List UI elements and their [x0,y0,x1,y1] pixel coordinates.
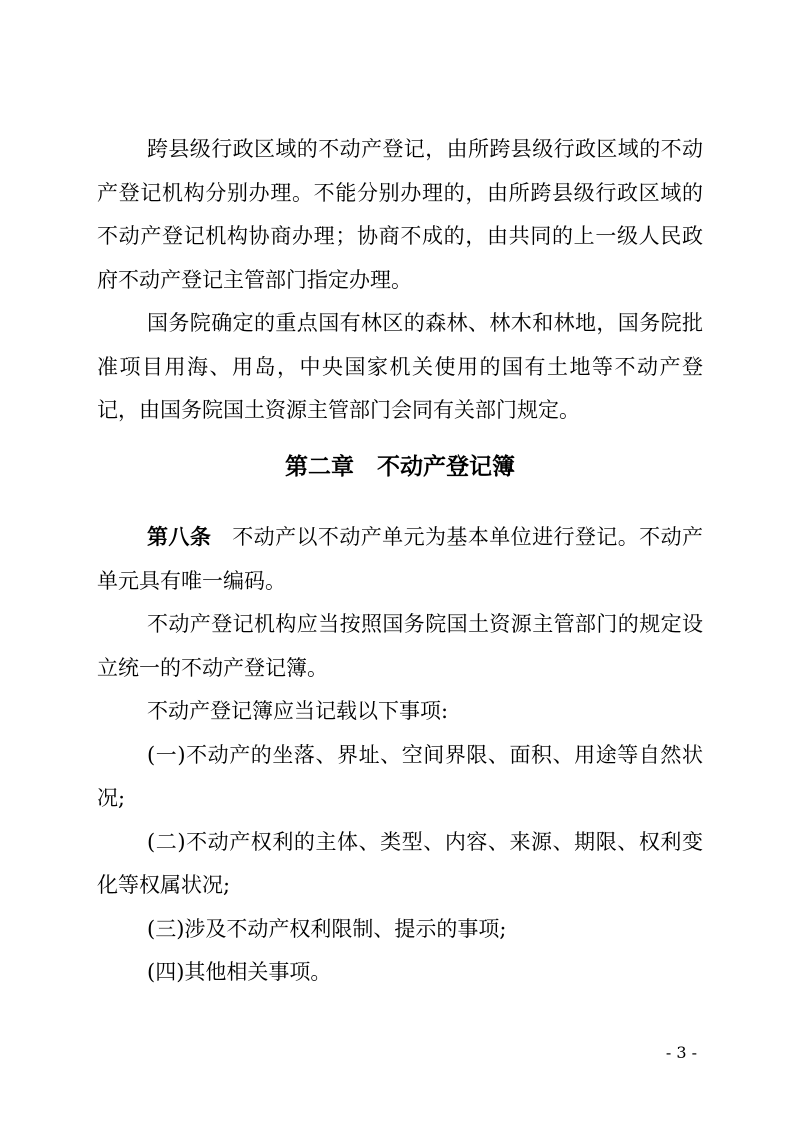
article-number-label: 第八条 [147,525,211,549]
list-item-3: (三)涉及不动产权利限制、提示的事项; [97,908,703,952]
list-item-2: (二)不动产权利的主体、类型、内容、来源、期限、权利变化等权属状况; [97,821,703,908]
paragraph-article-8: 第八条不动产以不动产单元为基本单位进行登记。不动产单元具有唯一编码。 [97,516,703,603]
list-item-4: (四)其他相关事项。 [97,951,703,995]
paragraph-register-items-intro: 不动产登记簿应当记载以下事项: [97,690,703,734]
paragraph-cross-county-registration: 跨县级行政区域的不动产登记，由所跨县级行政区域的不动产登记机构分别办理。不能分别… [97,128,703,302]
document-page: 跨县级行政区域的不动产登记，由所跨县级行政区域的不动产登记机构分别办理。不能分别… [0,0,793,1122]
chapter-heading: 第二章 不动产登记簿 [97,446,703,490]
document-body: 跨县级行政区域的不动产登记，由所跨县级行政区域的不动产登记机构分别办理。不能分别… [97,128,703,995]
paragraph-unified-register: 不动产登记机构应当按照国务院国土资源主管部门的规定设立统一的不动产登记簿。 [97,603,703,690]
paragraph-state-council-forest: 国务院确定的重点国有林区的森林、林木和林地，国务院批准项目用海、用岛，中央国家机… [97,302,703,433]
list-item-1: (一)不动产的坐落、界址、空间界限、面积、用途等自然状况; [97,734,703,821]
page-number: - 3 - [666,1043,697,1062]
